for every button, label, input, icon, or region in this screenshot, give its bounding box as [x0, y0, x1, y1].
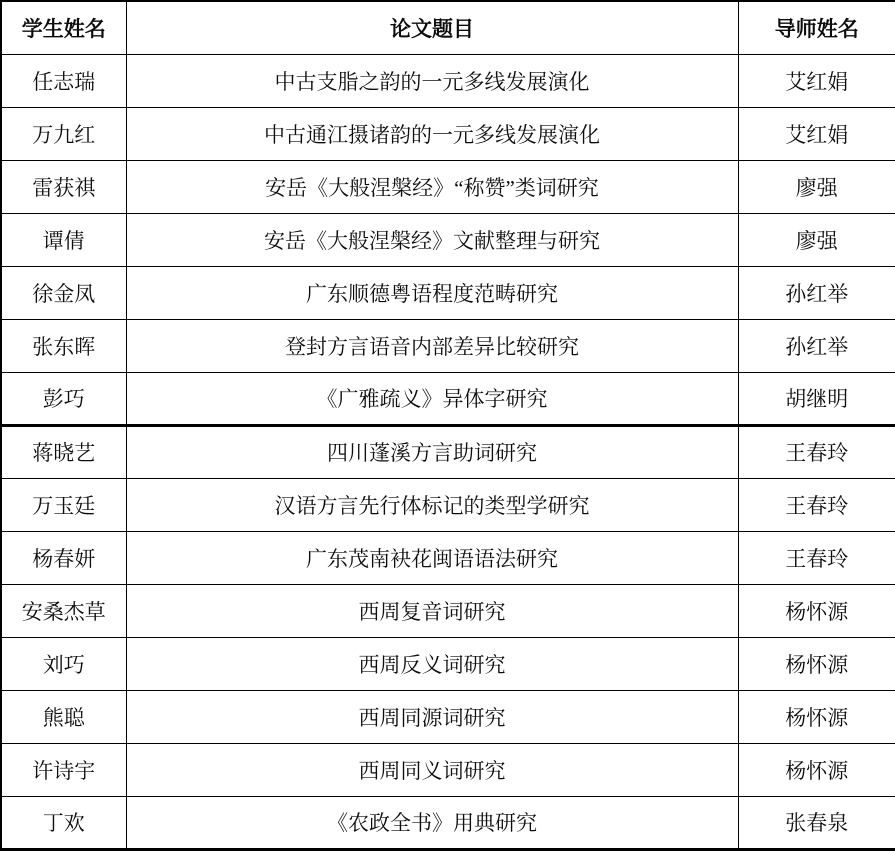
cell-title: 《广雅疏义》异体字研究: [126, 372, 738, 425]
table-row: 杨春妍广东茂南袂花闽语语法研究王春玲: [1, 531, 895, 584]
table-row: 谭倩安岳《大般涅槃经》文献整理与研究廖强: [1, 213, 895, 266]
table-row: 万玉廷汉语方言先行体标记的类型学研究王春玲: [1, 478, 895, 531]
cell-advisor: 廖强: [738, 213, 895, 266]
table-row: 任志瑞中古支脂之韵的一元多线发展演化艾红娟: [1, 54, 895, 107]
cell-title: 西周同源词研究: [126, 690, 738, 743]
cell-student: 徐金凤: [1, 266, 126, 319]
table-row: 蒋晓艺四川蓬溪方言助词研究王春玲: [1, 425, 895, 478]
header-row: 学生姓名 论文题目 导师姓名: [1, 1, 895, 54]
cell-advisor: 杨怀源: [738, 584, 895, 637]
cell-title: 中古通江摄诸韵的一元多线发展演化: [126, 107, 738, 160]
cell-advisor: 张春泉: [738, 796, 895, 849]
cell-advisor: 廖强: [738, 160, 895, 213]
cell-title: 登封方言语音内部差异比较研究: [126, 319, 738, 372]
cell-student: 任志瑞: [1, 54, 126, 107]
cell-title: 广东茂南袂花闽语语法研究: [126, 531, 738, 584]
cell-student: 万九红: [1, 107, 126, 160]
cell-student: 安桑杰草: [1, 584, 126, 637]
cell-student: 彭巧: [1, 372, 126, 425]
cell-advisor: 孙红举: [738, 266, 895, 319]
table-row: 徐金凤广东顺德粤语程度范畴研究孙红举: [1, 266, 895, 319]
table-row: 刘巧西周反义词研究杨怀源: [1, 637, 895, 690]
cell-advisor: 王春玲: [738, 531, 895, 584]
thesis-assignment-table: 学生姓名 论文题目 导师姓名 任志瑞中古支脂之韵的一元多线发展演化艾红娟万九红中…: [0, 0, 895, 851]
table-row: 张东晖登封方言语音内部差异比较研究孙红举: [1, 319, 895, 372]
cell-advisor: 艾红娟: [738, 54, 895, 107]
cell-advisor: 杨怀源: [738, 743, 895, 796]
cell-advisor: 杨怀源: [738, 637, 895, 690]
cell-title: 中古支脂之韵的一元多线发展演化: [126, 54, 738, 107]
cell-advisor: 王春玲: [738, 478, 895, 531]
cell-student: 刘巧: [1, 637, 126, 690]
cell-title: 安岳《大般涅槃经》“称赞”类词研究: [126, 160, 738, 213]
cell-title: 《农政全书》用典研究: [126, 796, 738, 849]
cell-student: 杨春妍: [1, 531, 126, 584]
cell-student: 谭倩: [1, 213, 126, 266]
cell-student: 熊聪: [1, 690, 126, 743]
cell-title: 四川蓬溪方言助词研究: [126, 425, 738, 478]
cell-title: 西周同义词研究: [126, 743, 738, 796]
cell-advisor: 艾红娟: [738, 107, 895, 160]
table-row: 安桑杰草西周复音词研究杨怀源: [1, 584, 895, 637]
table-row: 雷获祺安岳《大般涅槃经》“称赞”类词研究廖强: [1, 160, 895, 213]
header-advisor-name: 导师姓名: [738, 1, 895, 54]
table-row: 彭巧《广雅疏义》异体字研究胡继明: [1, 372, 895, 425]
cell-title: 西周复音词研究: [126, 584, 738, 637]
table-row: 熊聪西周同源词研究杨怀源: [1, 690, 895, 743]
cell-title: 安岳《大般涅槃经》文献整理与研究: [126, 213, 738, 266]
cell-student: 张东晖: [1, 319, 126, 372]
cell-student: 蒋晓艺: [1, 425, 126, 478]
cell-student: 万玉廷: [1, 478, 126, 531]
cell-student: 丁欢: [1, 796, 126, 849]
table-row: 丁欢《农政全书》用典研究张春泉: [1, 796, 895, 849]
table-body: 任志瑞中古支脂之韵的一元多线发展演化艾红娟万九红中古通江摄诸韵的一元多线发展演化…: [1, 54, 895, 849]
table-row: 万九红中古通江摄诸韵的一元多线发展演化艾红娟: [1, 107, 895, 160]
header-student-name: 学生姓名: [1, 1, 126, 54]
cell-advisor: 孙红举: [738, 319, 895, 372]
cell-advisor: 胡继明: [738, 372, 895, 425]
cell-advisor: 杨怀源: [738, 690, 895, 743]
cell-title: 广东顺德粤语程度范畴研究: [126, 266, 738, 319]
header-thesis-title: 论文题目: [126, 1, 738, 54]
cell-advisor: 王春玲: [738, 425, 895, 478]
cell-student: 许诗宇: [1, 743, 126, 796]
cell-student: 雷获祺: [1, 160, 126, 213]
cell-title: 西周反义词研究: [126, 637, 738, 690]
table-row: 许诗宇西周同义词研究杨怀源: [1, 743, 895, 796]
cell-title: 汉语方言先行体标记的类型学研究: [126, 478, 738, 531]
